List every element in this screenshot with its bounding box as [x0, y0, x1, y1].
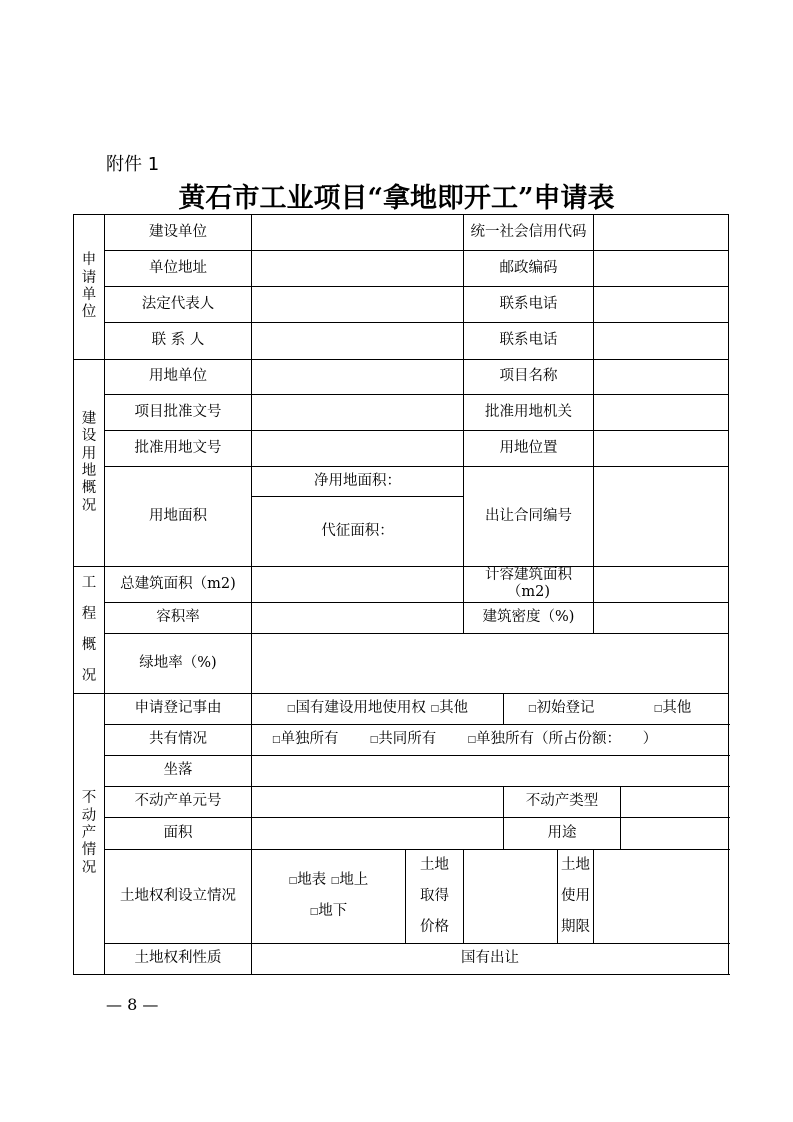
- label-use: 用途: [504, 817, 621, 849]
- field-green-rate[interactable]: [252, 633, 729, 693]
- checkbox-share-ownership[interactable]: □单独所有（所占份额： ）: [467, 731, 657, 747]
- label-project-approval-no: 项目批准文号: [105, 395, 252, 431]
- label-area: 面积: [105, 817, 252, 849]
- field-use-term[interactable]: [594, 849, 729, 943]
- field-credit-code[interactable]: [594, 215, 729, 251]
- field-property-type[interactable]: [621, 786, 729, 817]
- field-location[interactable]: [252, 755, 729, 786]
- field-net-area[interactable]: 净用地面积：: [252, 467, 464, 497]
- field-land-unit[interactable]: [252, 360, 464, 395]
- page-title: 黄石市工业项目“拿地即开工”申请表: [0, 176, 793, 215]
- checkbox-joint-ownership[interactable]: □共同所有: [370, 731, 437, 747]
- field-project-approval-no[interactable]: [252, 395, 464, 431]
- label-density: 建筑密度（%): [464, 602, 594, 633]
- field-land-approval-no[interactable]: [252, 431, 464, 467]
- reason-options-2: □初始登记 □其他: [504, 693, 729, 724]
- section-land: 建设用地概况: [74, 360, 105, 567]
- label-contact: 联 系 人: [105, 323, 252, 360]
- label-phone-1: 联系电话: [464, 287, 594, 323]
- label-location: 坐落: [105, 755, 252, 786]
- checkbox-other-2[interactable]: □其他: [654, 700, 692, 716]
- field-unit-address[interactable]: [252, 251, 464, 287]
- label-green-rate: 绿地率（%): [105, 633, 252, 693]
- attachment-label: 附件 1: [106, 150, 159, 176]
- label-land-rights: 土地权利设立情况: [105, 849, 252, 943]
- field-use[interactable]: [621, 817, 729, 849]
- label-use-term: 土地使用期限: [558, 849, 594, 943]
- label-co-ownership: 共有情况: [105, 724, 252, 755]
- field-acquisition-price[interactable]: [464, 849, 558, 943]
- label-land-location: 用地位置: [464, 431, 594, 467]
- label-rights-nature: 土地权利性质: [105, 943, 252, 974]
- field-total-area[interactable]: [252, 567, 464, 603]
- label-project-name: 项目名称: [464, 360, 594, 395]
- label-property-type: 不动产类型: [504, 786, 621, 817]
- application-form-table: 申请单位 建设单位 统一社会信用代码 单位地址 邮政编码 法定代表人 联系电话 …: [73, 214, 729, 975]
- checkbox-surface[interactable]: □地表: [289, 872, 327, 888]
- label-unit-no: 不动产单元号: [105, 786, 252, 817]
- section-property: 不动产情况: [74, 693, 105, 974]
- label-plot-ratio: 容积率: [105, 602, 252, 633]
- label-phone-2: 联系电话: [464, 323, 594, 360]
- checkbox-sole-ownership[interactable]: □单独所有: [272, 731, 339, 747]
- checkbox-below[interactable]: □地下: [310, 903, 348, 919]
- field-contact[interactable]: [252, 323, 464, 360]
- label-levy-area: 代征面积：: [321, 523, 394, 539]
- field-unit-no[interactable]: [252, 786, 504, 817]
- label-land-area: 用地面积: [105, 467, 252, 567]
- checkbox-other-1[interactable]: □其他: [431, 700, 469, 716]
- field-plot-ratio[interactable]: [252, 602, 464, 633]
- land-rights-options: □地表 □地上 □地下: [252, 849, 406, 943]
- field-approval-authority[interactable]: [594, 395, 729, 431]
- field-phone-1[interactable]: [594, 287, 729, 323]
- label-total-area: 总建筑面积（m2): [105, 567, 252, 603]
- section-project: 工程概况: [74, 567, 105, 694]
- label-net-area: 净用地面积：: [314, 473, 401, 489]
- field-levy-area[interactable]: 代征面积：: [252, 497, 464, 567]
- section-applicant: 申请单位: [74, 215, 105, 360]
- label-contract-no: 出让合同编号: [464, 467, 594, 567]
- page-number: — 8 —: [106, 995, 158, 1014]
- label-postcode: 邮政编码: [464, 251, 594, 287]
- label-acquisition-price: 土地取得价格: [406, 849, 464, 943]
- field-density[interactable]: [594, 602, 729, 633]
- field-construction-unit[interactable]: [252, 215, 464, 251]
- label-legal-rep: 法定代表人: [105, 287, 252, 323]
- value-rights-nature: 国有出让: [252, 943, 729, 974]
- field-area[interactable]: [252, 817, 504, 849]
- label-unit-address: 单位地址: [105, 251, 252, 287]
- field-land-location[interactable]: [594, 431, 729, 467]
- checkbox-state-land[interactable]: □国有建设用地使用权: [287, 700, 426, 716]
- label-reason: 申请登记事由: [105, 693, 252, 724]
- field-project-name[interactable]: [594, 360, 729, 395]
- label-construction-unit: 建设单位: [105, 215, 252, 251]
- field-phone-2[interactable]: [594, 323, 729, 360]
- field-postcode[interactable]: [594, 251, 729, 287]
- field-far-area[interactable]: [594, 567, 729, 603]
- label-far-area: 计容建筑面积（m2): [464, 567, 594, 603]
- label-credit-code: 统一社会信用代码: [464, 215, 594, 251]
- co-ownership-options: □单独所有 □共同所有 □单独所有（所占份额： ）: [252, 724, 729, 755]
- label-land-unit: 用地单位: [105, 360, 252, 395]
- field-contract-no[interactable]: [594, 467, 729, 567]
- field-legal-rep[interactable]: [252, 287, 464, 323]
- reason-options-1: □国有建设用地使用权 □其他: [252, 693, 504, 724]
- label-land-approval-no: 批准用地文号: [105, 431, 252, 467]
- checkbox-above[interactable]: □地上: [331, 872, 369, 888]
- checkbox-initial-registration[interactable]: □初始登记: [528, 700, 595, 716]
- label-approval-authority: 批准用地机关: [464, 395, 594, 431]
